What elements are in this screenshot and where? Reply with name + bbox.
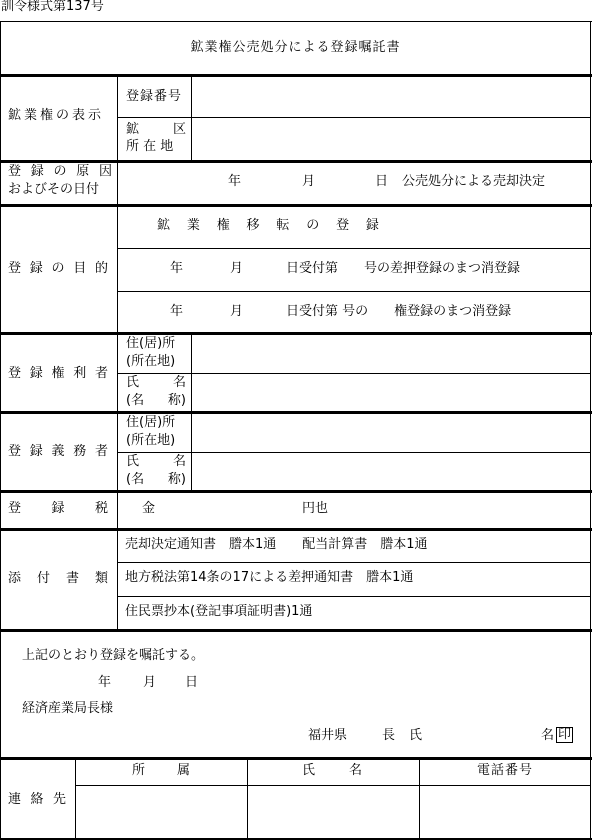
- seal-mark: 印: [556, 727, 573, 743]
- divider: [0, 160, 592, 163]
- cause-day: 日: [375, 174, 388, 190]
- rights-holder-name-label-2: (名称): [126, 393, 186, 409]
- cause-year: 年: [228, 174, 241, 190]
- obligor-address-label-2: (所在地): [126, 433, 175, 449]
- divider: [191, 335, 192, 413]
- tax-suffix: 円也: [302, 501, 328, 517]
- cause-label-line2: およびその日付: [8, 182, 99, 198]
- registration-number-label: 登録番号: [126, 89, 182, 105]
- issuer-prefecture: 福井県: [308, 728, 347, 744]
- divider: [117, 531, 118, 631]
- seal-icon: 印: [556, 727, 573, 743]
- contact-affiliation-field[interactable]: [77, 787, 246, 837]
- attachment-item: 地方税法第14条の17による差押通知書 謄本1通: [125, 570, 413, 586]
- issuer-name-prefix: 氏: [409, 728, 422, 744]
- divider: [0, 204, 592, 207]
- divider: [118, 248, 591, 249]
- obligor-address-field[interactable]: [193, 414, 589, 451]
- contact-header-affiliation: 所属: [132, 763, 190, 779]
- issuer-title: 長: [382, 728, 395, 744]
- divider: [0, 490, 592, 493]
- attachment-item: 住民票抄本(登記事項証明書)1通: [125, 604, 312, 620]
- divider: [118, 291, 591, 292]
- contact-name-field[interactable]: [249, 787, 418, 837]
- contact-phone-field[interactable]: [421, 787, 589, 837]
- divider: [76, 785, 591, 786]
- declaration-month: 月: [143, 675, 156, 691]
- addressee: 経済産業局長様: [22, 701, 113, 717]
- purpose-item-2-year: 年: [170, 261, 183, 277]
- divider: [191, 77, 192, 161]
- rights-holder-label: 登録権利者: [8, 366, 108, 382]
- divider: [118, 596, 591, 597]
- divider: [117, 163, 118, 205]
- divider: [117, 335, 118, 413]
- divider: [0, 757, 592, 760]
- mining-area-label-2: 所 在 地: [126, 139, 173, 155]
- mining-right-label: 鉱業権の表示: [8, 108, 112, 124]
- purpose-item-2-text: 日受付第 号の差押登録のまつ消登録: [286, 261, 520, 277]
- table-border-right: [590, 21, 591, 840]
- form-code: 訓令様式第137号: [1, 0, 104, 15]
- contact-header-name: 氏名: [302, 763, 362, 779]
- divider: [117, 77, 118, 161]
- purpose-label: 登録の目的: [8, 261, 108, 277]
- obligor-label: 登録義務者: [8, 444, 108, 460]
- table-border-top: [0, 21, 592, 22]
- registration-number-field[interactable]: [193, 77, 589, 117]
- table-border-left: [0, 21, 1, 840]
- cause-label-line1: 登録の原因: [8, 164, 112, 180]
- obligor-address-label-1: 住(居)所: [126, 415, 175, 431]
- form-title: 鉱業権公売処分による登録嘱託書: [0, 40, 591, 56]
- tax-label: 登録税: [8, 501, 108, 517]
- declaration-day: 日: [185, 675, 198, 691]
- rights-holder-name-label-1: 氏名: [126, 375, 186, 391]
- obligor-name-label-2: (名称): [126, 472, 186, 488]
- cause-text: 公売処分による売却決定: [402, 174, 545, 190]
- purpose-item-3-text: 日受付第 号の 権登録のまつ消登録: [286, 304, 511, 320]
- mining-area-field[interactable]: [193, 118, 589, 160]
- tax-amount-field[interactable]: [160, 496, 300, 524]
- attachment-item: 売却決定通知書 謄本1通 配当計算書 謄本1通: [125, 537, 428, 553]
- divider: [117, 207, 118, 333]
- contact-header-phone: 電話番号: [420, 763, 590, 779]
- divider: [0, 528, 592, 531]
- contact-label: 連絡先: [8, 792, 66, 808]
- tax-prefix: 金: [142, 501, 155, 517]
- purpose-item-1: 鉱業権移転の登録: [157, 218, 379, 234]
- obligor-name-field[interactable]: [193, 453, 589, 491]
- cause-month: 月: [302, 174, 315, 190]
- divider: [117, 493, 118, 530]
- rights-holder-address-label-2: (所在地): [126, 354, 175, 370]
- rights-holder-name-field[interactable]: [193, 374, 589, 412]
- issuer-name-suffix: 名: [541, 728, 554, 744]
- divider: [75, 760, 76, 840]
- divider: [191, 414, 192, 492]
- divider: [117, 414, 118, 492]
- declaration-statement: 上記のとおり登録を嘱託する。: [22, 648, 204, 664]
- rights-holder-address-field[interactable]: [193, 335, 589, 372]
- purpose-item-2-month: 月: [230, 261, 243, 277]
- mining-area-label-1: 鉱区: [126, 122, 186, 138]
- obligor-name-label-1: 氏名: [126, 454, 186, 470]
- rights-holder-address-label-1: 住(居)所: [126, 336, 175, 352]
- divider: [0, 629, 592, 632]
- attachments-label: 添付書類: [8, 571, 108, 587]
- purpose-item-3-year: 年: [170, 304, 183, 320]
- purpose-item-3-month: 月: [230, 304, 243, 320]
- divider: [247, 760, 248, 840]
- divider: [118, 562, 591, 563]
- declaration-year: 年: [98, 675, 111, 691]
